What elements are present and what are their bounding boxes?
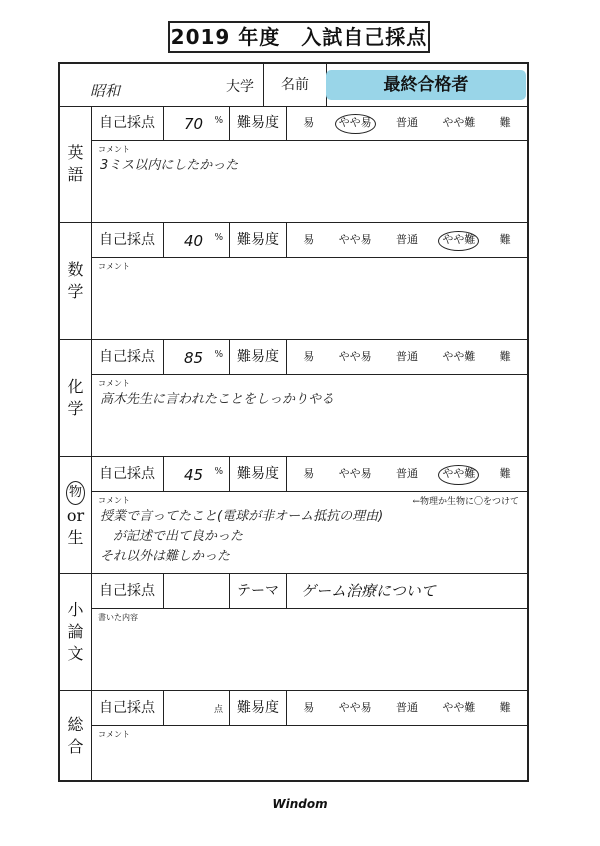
score-field[interactable]: 点 [164,691,230,725]
section-essay: 小論文 自己採点 テーマ ゲーム治療について書いた内容 [60,574,527,691]
difficulty-options: 易やや易普通やや難難 [287,223,527,257]
score-label: 自己採点 [91,691,164,725]
percent-unit: % [214,104,223,138]
brand-footer: Windom [0,797,600,811]
subject-char: 小 [67,599,83,621]
subject-char: 論 [67,621,83,643]
name-label: 名前 [263,64,327,106]
score-field[interactable]: 85% [164,340,230,374]
difficulty-option[interactable]: 普通 [396,340,418,374]
difficulty-option[interactable]: 易 [303,457,314,491]
score-value: 45 [184,458,203,492]
theme-field[interactable]: ゲーム治療について [287,574,527,608]
university-label: 大学 [226,76,254,96]
percent-unit: % [214,338,223,372]
difficulty-option[interactable]: 難 [500,691,511,725]
comment-line: が記述で出て良かった [100,527,383,547]
comment-field[interactable]: 3ミス以内にしたかった [100,156,238,176]
score-label: 自己採点 [91,457,164,491]
subject-label: 物or生 [60,457,92,573]
difficulty-option[interactable]: やや難 [442,223,475,257]
difficulty-option[interactable]: 難 [500,340,511,374]
subject-char: 語 [67,164,83,186]
comment-label: コメント [98,495,130,506]
subject-char: or [67,505,84,527]
difficulty-option[interactable]: やや易 [339,223,372,257]
section-physics-biology: 物or生 自己採点 45%難易度易やや易普通やや難難コメント←物理か生物に〇をつ… [60,457,527,574]
comment-line: 3ミス以内にしたかった [100,156,238,176]
difficulty-option[interactable]: やや難 [442,106,475,140]
score-label: 自己採点 [91,574,164,608]
score-field[interactable]: 70% [164,106,230,140]
comment-label: 書いた内容 [98,612,138,623]
subject-char: 生 [67,527,83,549]
subject-char: 数 [67,259,83,281]
subject-char: 化 [67,376,83,398]
score-value: 70 [184,107,203,141]
score-row: 自己採点 70%難易度易やや易普通やや難難 [91,106,527,141]
comment-line: それ以外は難しかった [100,547,383,567]
comment-field[interactable]: 授業で言ってたこと(電球が非オーム抵抗の理由) が記述で出て良かったそれ以外は難… [100,507,383,567]
difficulty-label: 難易度 [230,457,287,491]
difficulty-label: 難易度 [230,223,287,257]
comment-label: コメント [98,261,130,272]
difficulty-option[interactable]: やや難 [442,340,475,374]
score-field[interactable]: 45% [164,457,230,491]
difficulty-option[interactable]: 易 [303,691,314,725]
subject-label: 総合 [60,691,92,780]
subject-label: 数学 [60,223,92,339]
page-title: 2019 年度 入試自己採点 [168,21,430,53]
difficulty-option[interactable]: 難 [500,106,511,140]
comment-line: 授業で言ってたこと(電球が非オーム抵抗の理由) [100,507,383,527]
difficulty-option[interactable]: 普通 [396,457,418,491]
score-value: 85 [184,341,203,375]
comment-label: コメント [98,144,130,155]
difficulty-option[interactable]: 普通 [396,106,418,140]
difficulty-option[interactable]: やや易 [339,340,372,374]
university-value: 昭和 [90,80,120,101]
subject-label: 化学 [60,340,92,456]
difficulty-option[interactable]: 易 [303,223,314,257]
difficulty-options: 易やや易普通やや難難 [287,106,527,140]
score-field[interactable] [164,574,230,608]
percent-unit: % [214,455,223,489]
comment-field[interactable]: 高木先生に言われたことをしっかりやる [100,390,334,410]
points-unit: 点 [214,693,223,727]
score-label: 自己採点 [91,223,164,257]
section-math: 数学 自己採点 40%難易度易やや易普通やや難難コメント [60,223,527,340]
percent-unit: % [214,221,223,255]
subject-char: 文 [67,643,83,665]
score-row: 自己採点 45%難易度易やや易普通やや難難 [91,457,527,492]
difficulty-option[interactable]: やや易 [339,457,372,491]
difficulty-option[interactable]: 易 [303,106,314,140]
score-label: 自己採点 [91,106,164,140]
score-row: 自己採点 テーマ ゲーム治療について [91,574,527,609]
section-overall: 総合 自己採点 点難易度易やや易普通やや難難コメント [60,691,527,780]
score-value: 40 [184,224,203,258]
score-label: 自己採点 [91,340,164,374]
header-row: 昭和 大学 名前 最終合格者 [60,64,527,107]
score-row: 自己採点 40%難易度易やや易普通やや難難 [91,223,527,258]
difficulty-option[interactable]: やや難 [442,457,475,491]
difficulty-options: 易やや易普通やや難難 [287,691,527,725]
theme-label: テーマ [230,574,287,608]
comment-label: コメント [98,378,130,389]
difficulty-option[interactable]: やや易 [339,106,372,140]
subject-char: 学 [67,281,83,303]
section-english: 英語 自己採点 70%難易度易やや易普通やや難難コメント3ミス以内にしたかった [60,106,527,223]
theme-value: ゲーム治療について [301,574,436,608]
comment-label: コメント [98,729,130,740]
difficulty-label: 難易度 [230,340,287,374]
difficulty-label: 難易度 [230,691,287,725]
difficulty-options: 易やや易普通やや難難 [287,457,527,491]
difficulty-option[interactable]: 難 [500,223,511,257]
difficulty-label: 難易度 [230,106,287,140]
score-field[interactable]: 40% [164,223,230,257]
comment-line: 高木先生に言われたことをしっかりやる [100,390,334,410]
subject-char: 学 [67,398,83,420]
difficulty-option[interactable]: 難 [500,457,511,491]
difficulty-options: 易やや易普通やや難難 [287,340,527,374]
difficulty-option[interactable]: やや易 [339,691,372,725]
subject-char: 総 [67,714,83,736]
subject-label: 英語 [60,106,92,222]
difficulty-option[interactable]: 普通 [396,223,418,257]
score-row: 自己採点 点難易度易やや易普通やや難難 [91,691,527,726]
difficulty-option[interactable]: 普通 [396,691,418,725]
name-value: 最終合格者 [326,70,526,100]
difficulty-option[interactable]: 易 [303,340,314,374]
subject-char: 物 [66,481,85,505]
score-row: 自己採点 85%難易度易やや易普通やや難難 [91,340,527,375]
subject-char: 英 [67,142,83,164]
section-chemistry: 化学 自己採点 85%難易度易やや易普通やや難難コメント高木先生に言われたことを… [60,340,527,457]
subject-label: 小論文 [60,574,92,690]
subject-note: ←物理か生物に〇をつけて [412,494,519,507]
score-sheet: 昭和 大学 名前 最終合格者 英語 自己採点 70%難易度易やや易普通やや難難コ… [58,62,529,782]
subject-char: 合 [67,736,83,758]
difficulty-option[interactable]: やや難 [442,691,475,725]
